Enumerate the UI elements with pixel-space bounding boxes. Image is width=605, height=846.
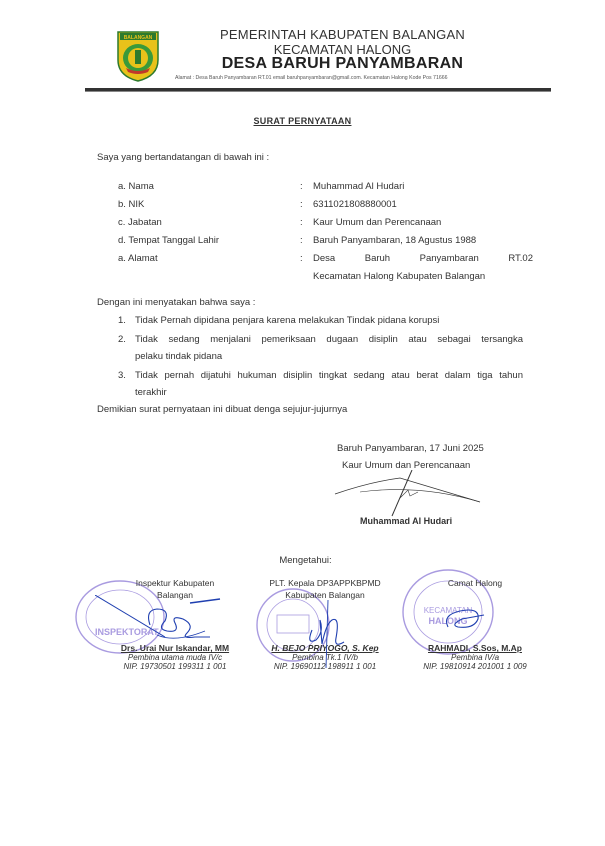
signer-inspector: Inspektur Kabupaten Balangan Drs. Urai N… — [90, 577, 260, 671]
address-word: Panyambaran — [420, 253, 479, 264]
field-value: Kaur Umum dan Perencanaan — [313, 217, 441, 228]
acknowledgement-heading: Mengetahui: — [0, 555, 605, 566]
closing-text: Demikian surat pernyataan ini dibuat den… — [97, 404, 347, 415]
address-word: Baruh — [365, 253, 390, 264]
field-value: Kecamatan Halong Kabupaten Balangan — [313, 271, 485, 282]
signer-nip: NIP. 19810914 201001 1 009 — [390, 662, 560, 671]
list-text: Tidak sedang menjalani pemeriksaan dugaa… — [135, 331, 523, 348]
list-number: 3. — [118, 367, 126, 384]
list-text: pelaku tindak pidana — [135, 348, 523, 365]
address-word: Desa — [313, 253, 335, 264]
field-label: a. Nama — [118, 181, 298, 192]
address-word: RT.02 — [508, 253, 533, 264]
signer-name: Muhammad Al Hudari — [360, 516, 452, 526]
field-value: Desa Baruh Panyambaran RT.02 — [313, 253, 533, 264]
field-label: b. NIK — [118, 199, 298, 210]
signer-name: RAHMADI, S.Sos, M.Ap — [390, 643, 560, 653]
list-text: Tidak Pernah dipidana penjara karena mel… — [135, 312, 523, 329]
letterhead-address: Alamat : Desa Baruh Panyambaran RT.01 em… — [175, 75, 447, 81]
letterhead-divider — [85, 88, 551, 92]
statement-text: Dengan ini menyatakan bahwa saya : — [97, 297, 255, 308]
signer-title: PLT. Kepala DP3APPKBPMD — [240, 577, 410, 589]
signer-nip: NIP. 19730501 199311 1 001 — [90, 662, 260, 671]
field-value: 6311021808880001 — [313, 199, 397, 210]
letterhead-village: DESA BARUH PANYAMBARAN — [0, 55, 605, 73]
letterhead-government: PEMERINTAH KABUPATEN BALANGAN — [0, 27, 605, 42]
field-colon: : — [300, 181, 303, 192]
signer-rank: Pembina Tk.1 IV/b — [240, 653, 410, 662]
signer-camat: Camat Halong RAHMADI, S.Sos, M.Ap Pembin… — [390, 577, 560, 671]
handwritten-signature — [330, 470, 500, 522]
list-number: 1. — [118, 312, 126, 329]
signer-rank: Pembina IV/a — [390, 653, 560, 662]
list-number: 2. — [118, 331, 126, 348]
document-title: SURAT PERNYATAAN — [0, 116, 605, 126]
field-colon: : — [300, 199, 303, 210]
signer-rank: Pembina utama muda IV/c — [90, 653, 260, 662]
field-label: a. Alamat — [118, 253, 298, 264]
signer-title: Inspektur Kabupaten — [90, 577, 260, 589]
signature-area — [390, 601, 560, 643]
signer-name: H. BEJO PRIYOGO, S. Kep — [240, 643, 410, 653]
signer-dinas-head: PLT. Kepala DP3APPKBPMD Kabupaten Balang… — [240, 577, 410, 671]
list-text: Tidak pernah dijatuhi hukuman disiplin t… — [135, 367, 523, 384]
list-text: terakhir — [135, 384, 523, 401]
signer-title: Camat Halong — [390, 577, 560, 589]
signature-area — [90, 601, 260, 643]
field-colon: : — [300, 253, 303, 264]
signer-title: Kabupaten Balangan — [240, 589, 410, 601]
field-label: c. Jabatan — [118, 217, 298, 228]
place-date: Baruh Panyambaran, 17 Juni 2025 — [337, 443, 484, 454]
signer-title: Balangan — [90, 589, 260, 601]
field-colon: : — [300, 235, 303, 246]
field-colon: : — [300, 217, 303, 228]
field-label: d. Tempat Tanggal Lahir — [118, 235, 298, 246]
signer-title — [390, 589, 560, 601]
signer-nip: NIP. 19690112 198911 1 001 — [240, 662, 410, 671]
intro-text: Saya yang bertandatangan di bawah ini : — [97, 152, 269, 163]
field-value: Baruh Panyambaran, 18 Agustus 1988 — [313, 235, 476, 246]
signature-area — [240, 601, 410, 643]
signer-name: Drs. Urai Nur Iskandar, MM — [90, 643, 260, 653]
field-value: Muhammad Al Hudari — [313, 181, 404, 192]
